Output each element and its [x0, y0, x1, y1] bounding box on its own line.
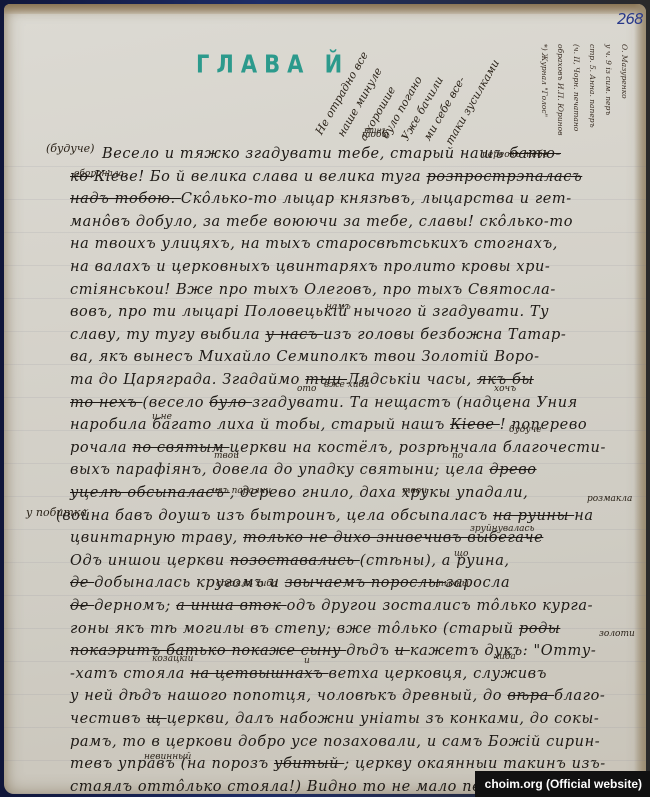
- line-text: наробила багато лиха й тобы, старый нашъ: [70, 417, 450, 433]
- interlinear-correction: переозъ тебе: [482, 150, 548, 160]
- source-watermark: choim.org (Official website): [475, 771, 650, 797]
- manuscript-line: на валахъ и церковныхъ цвинтаряхъ пролит…: [70, 259, 550, 275]
- manuscript-line: на твоихъ улицяхъ, на тыхъ старосвѣтськи…: [70, 236, 558, 252]
- line-text: ; церкву окаянныи такинъ изъ-: [344, 756, 606, 772]
- struck-text: вѣра: [507, 688, 554, 704]
- interlinear-correction: тобы: [362, 130, 389, 140]
- line-text: згадувати. Та нещастъ (надцена Уния: [252, 395, 578, 411]
- interlinear-correction: стоялъ хиба: [216, 579, 277, 589]
- manuscript-line: стаялъ оттôлько стояла!) Видно то не мал…: [70, 779, 534, 794]
- line-text: Кіеве! Бо й велика слава и велика туга: [94, 169, 427, 185]
- line-text: цвинтарную траву,: [70, 530, 243, 546]
- interlinear-correction: хочъ: [494, 384, 516, 394]
- struck-text: було: [209, 395, 252, 411]
- line-text: на: [574, 508, 593, 524]
- manuscript-line: манôвъ добуло, за тебе воюючи за тебе, с…: [70, 214, 573, 230]
- interlinear-correction: и: [304, 656, 310, 666]
- line-text: стаялъ оттôлько стояла!) Видно то не мал…: [70, 779, 534, 794]
- manuscript-line: вовъ, про ти лыцарі Половецькій нычого й…: [70, 304, 549, 320]
- manuscript-body: Весело и тяжко згадувати тебе, старый на…: [4, 4, 646, 794]
- manuscript-line: рамъ, то в церкови добро усе позаховали,…: [70, 734, 600, 750]
- interlinear-correction: намъ: [326, 302, 351, 312]
- interlinear-correction: будуче: [509, 425, 542, 435]
- line-text: ва, якъ вынесъ Михайло Семиполкъ твои Зо…: [70, 349, 540, 365]
- line-text: Скôлько-то лыцар князѣвъ, лыцарства и ге…: [181, 191, 572, 207]
- interlinear-correction: оборонала,: [74, 169, 127, 179]
- manuscript-line: де дерномъ; а инша вток одъ другои зоста…: [70, 598, 593, 614]
- manuscript-line: стіянськои! Вже про тыхъ Олеговъ, про ты…: [70, 282, 556, 298]
- manuscript-line: уцелѣ обсыпаласъ , дерево гнило, даха хр…: [70, 485, 528, 501]
- struck-text: позоставались: [230, 553, 360, 569]
- line-text: рочала: [70, 440, 132, 456]
- interlinear-correction: хиба: [494, 652, 516, 662]
- interlinear-correction: що: [454, 549, 468, 559]
- interlinear-correction: ото: [297, 384, 316, 394]
- line-text: благо-: [554, 688, 605, 704]
- line-text: (стѣны), а руина,: [360, 553, 510, 569]
- line-text: -хатъ стояла: [70, 666, 190, 682]
- interlinear-correction: вже хиба: [324, 380, 369, 390]
- line-text: (весело: [142, 395, 209, 411]
- interlinear-correction: розмакла: [587, 494, 632, 504]
- struck-text: на руины: [493, 508, 574, 524]
- manuscript-line: выхъ парафіянъ, довела до упадку святыни…: [70, 462, 537, 478]
- manuscript-line: -хатъ стояла на цетвышнахъ ветха церковц…: [70, 666, 547, 682]
- manuscript-line: ко Кіеве! Бо й велика слава и велика туг…: [70, 169, 582, 185]
- line-text: славу, ту тугу выбила: [70, 327, 265, 343]
- manuscript-page: 268 ГЛАВА Й Не отрадно все наше минуле а…: [4, 4, 646, 794]
- manuscript-line: честивъ щ церкви, далъ набожни уніаты зъ…: [70, 711, 599, 727]
- interlinear-correction: пыхкы: [438, 579, 469, 589]
- line-text: манôвъ добуло, за тебе воюючи за тебе, с…: [70, 214, 573, 230]
- line-text: на валахъ и церковныхъ цвинтаряхъ пролит…: [70, 259, 550, 275]
- manuscript-line: (война бавъ доушъ изъ бытроинъ, цела обс…: [56, 508, 594, 524]
- manuscript-line: у ней дѣдъ нашого попотця, чоловѣкъ древ…: [70, 688, 605, 704]
- struck-text: роды: [519, 621, 560, 637]
- struck-text: розпрострэпаласъ: [426, 169, 582, 185]
- line-text: одъ другои зосталисъ тôлько курга-: [287, 598, 593, 614]
- struck-text: де: [70, 598, 94, 614]
- line-text: изъ головы безбожна Татар-: [323, 327, 566, 343]
- struck-text: уцелѣ обсыпаласъ: [70, 485, 230, 501]
- interlinear-correction: твои: [214, 451, 239, 461]
- struck-text: а инша вток: [176, 598, 287, 614]
- interlinear-correction: козацкіи: [152, 654, 193, 664]
- interlinear-correction: твои: [402, 486, 427, 496]
- line-text: дерномъ;: [94, 598, 176, 614]
- struck-text: убитый: [274, 756, 344, 772]
- line-text: вовъ, про ти лыцарі Половецькій нычого й…: [70, 304, 549, 320]
- line-text: Одъ иншои церкви: [70, 553, 230, 569]
- interlinear-correction: зруйнувалась: [470, 524, 534, 534]
- line-text: гоны якъ тѣ могилы въ степу; вже тôлько …: [70, 621, 519, 637]
- line-text: дѣдъ: [346, 643, 394, 659]
- line-text: ветха церковця, служивъ: [329, 666, 547, 682]
- manuscript-line: рочала по святым церкви на костёлъ, розр…: [70, 440, 606, 456]
- struck-text: у насъ: [265, 327, 323, 343]
- struck-text: то нехъ: [70, 395, 142, 411]
- margin-note: (будуче): [46, 142, 94, 155]
- manuscript-line: ва, якъ вынесъ Михайло Семиполкъ твои Зо…: [70, 349, 540, 365]
- manuscript-line: покаэритъ батько покаже сыну дѣдъ и каже…: [70, 643, 596, 659]
- line-text: , дерево гнило, даха хрукы упадали,: [230, 485, 529, 501]
- struck-text: и: [395, 643, 410, 659]
- line-text: церкви, далъ набожни уніаты зъ конками, …: [167, 711, 600, 727]
- line-text: та до Царяграда. Згадаймо: [70, 372, 305, 388]
- manuscript-line: то нехъ (весело було згадувати. Та нещас…: [70, 395, 578, 411]
- line-text: на твоихъ улицяхъ, на тыхъ старосвѣтськи…: [70, 236, 558, 252]
- line-text: у ней дѣдъ нашого попотця, чоловѣкъ древ…: [70, 688, 507, 704]
- struck-text: древо: [489, 462, 536, 478]
- struck-text: на цетвышнахъ: [190, 666, 328, 682]
- line-text: выхъ парафіянъ, довела до упадку святыни…: [70, 462, 489, 478]
- line-text: стіянськои! Вже про тыхъ Олеговъ, про ты…: [70, 282, 556, 298]
- struck-text: надъ тобою.: [70, 191, 181, 207]
- margin-note: у побитка: [26, 506, 87, 519]
- interlinear-correction: изъ паралии: [212, 486, 271, 496]
- line-text: Весело и тяжко згадувати тебе, старый на…: [102, 146, 509, 162]
- interlinear-correction: золоти: [599, 629, 635, 639]
- struck-text: Кіеве: [450, 417, 500, 433]
- line-text: (война бавъ доушъ изъ бытроинъ, цела обс…: [56, 508, 493, 524]
- line-text: рамъ, то в церкови добро усе позаховали,…: [70, 734, 600, 750]
- struck-text: де: [70, 575, 94, 591]
- manuscript-line: гоны якъ тѣ могилы въ степу; вже тôлько …: [70, 621, 560, 637]
- struck-text: звычаемъ порослы: [285, 575, 446, 591]
- interlinear-correction: невинный: [144, 752, 191, 762]
- struck-text: щ: [146, 711, 166, 727]
- interlinear-correction: по: [452, 451, 463, 461]
- interlinear-correction: и не: [152, 412, 172, 422]
- line-text: церкви на костёлъ, розрѣнчала благочести…: [229, 440, 606, 456]
- manuscript-line: славу, ту тугу выбила у насъ изъ головы …: [70, 327, 566, 343]
- line-text: честивъ: [70, 711, 146, 727]
- manuscript-line: надъ тобою. Скôлько-то лыцар князѣвъ, лы…: [70, 191, 572, 207]
- manuscript-line: Одъ иншои церкви позоставались (стѣны), …: [70, 553, 510, 569]
